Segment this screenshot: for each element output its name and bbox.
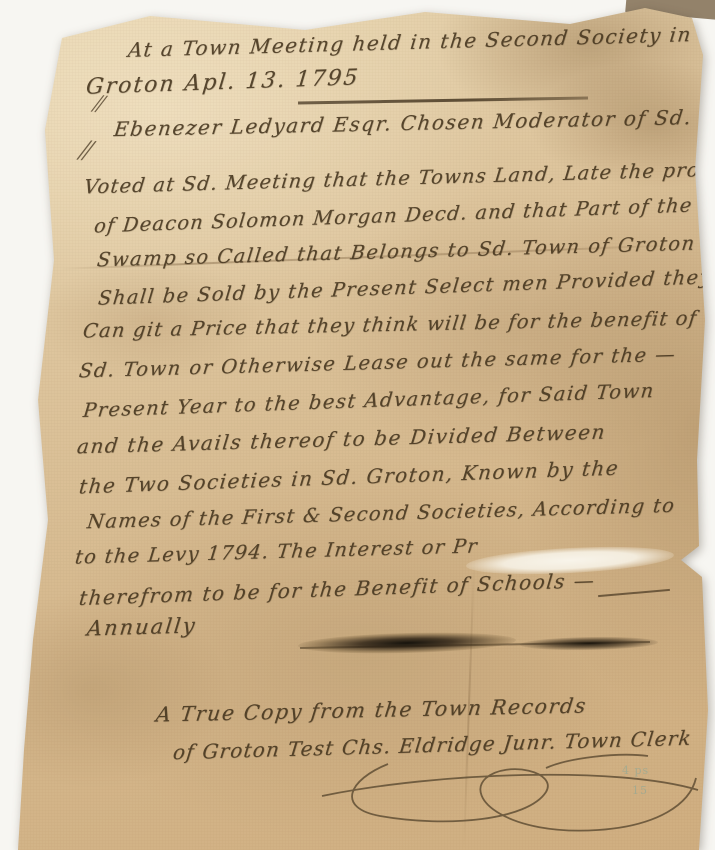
- manuscript-line-annually: Annually: [86, 613, 198, 640]
- manuscript-line: Names of the First & Second Societies, A…: [86, 494, 677, 534]
- manuscript-line: Swamp so Called that Belongs to Sd. Town…: [96, 232, 697, 272]
- manuscript-paper: At a Town Meeting held in the Second Soc…: [0, 0, 715, 850]
- manuscript-line: Shall be Sold by the Present Select men …: [97, 265, 713, 310]
- manuscript-line: the Two Societies in Sd. Groton, Known b…: [78, 456, 621, 499]
- heavy-ink-smear: [298, 630, 516, 656]
- manuscript-line: Can git a Price that they think will be …: [82, 307, 699, 343]
- scanned-document-stage: At a Town Meeting held in the Second Soc…: [0, 0, 715, 850]
- insertion-mark: ⫽: [76, 133, 93, 168]
- manuscript-line-damaged: to the Levy 1794. The Interest or Pr: [74, 534, 479, 568]
- manuscript-line: Present Year to the best Advantage, for …: [82, 379, 656, 422]
- manuscript-line: of Deacon Solomon Morgan Decd. and that …: [93, 192, 715, 238]
- manuscript-line-date: Groton Apl. 13. 1795: [85, 65, 361, 100]
- manuscript-line: At a Town Meeting held in the Second Soc…: [127, 22, 694, 62]
- signature-flourish: [318, 750, 710, 848]
- date-rule-stroke: [298, 96, 588, 104]
- manuscript-line-attestation: A True Copy from the Town Records: [155, 693, 589, 726]
- manuscript-line: Sd. Town or Otherwise Lease out the same…: [78, 343, 678, 383]
- manuscript-paper-wrap: At a Town Meeting held in the Second Soc…: [0, 0, 715, 850]
- manuscript-line-moderator: Ebenezer Ledyard Esqr. Chosen Moderator …: [113, 103, 715, 141]
- manuscript-line: Voted at Sd. Meeting that the Towns Land…: [83, 157, 715, 199]
- pencil-note: 4 ps: [622, 764, 649, 777]
- heavy-ink-smear: [520, 636, 658, 651]
- insertion-mark: ⫽: [90, 89, 105, 118]
- manuscript-line: and the Avails thereof to be Divided Bet…: [76, 420, 608, 459]
- trailing-dash-stroke: [598, 589, 670, 597]
- manuscript-line: therefrom to be for the Benefit of Schoo…: [78, 568, 597, 610]
- pencil-note: 15: [632, 784, 648, 797]
